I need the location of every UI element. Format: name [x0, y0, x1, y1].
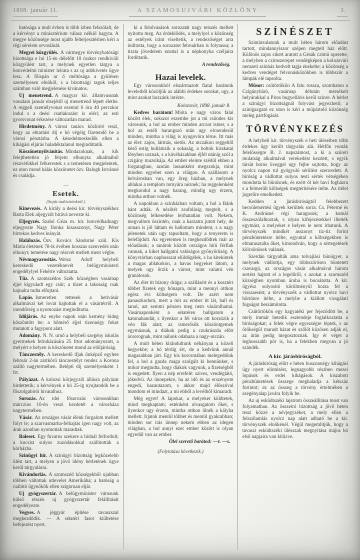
item-lead: Kivándorlás.: [19, 473, 47, 478]
column-right: SZÍNÉSZET Szintársulatunk a mult héten h…: [237, 24, 352, 550]
letter-paragraph: Még egyet! A lapokat, a melyeket küldtet…: [128, 397, 234, 439]
item-lead: Köszönetnyilvánitás.: [19, 150, 63, 155]
news-brief-list: Kinevezés.A király a deési kir. törvénys…: [13, 207, 119, 529]
item-lead: Lopás.: [19, 296, 33, 301]
item-lead: Sorozás.: [19, 397, 37, 402]
news-brief-item: Kinevezés.A király a deési kir. törvénys…: [13, 207, 119, 219]
column-middle: ki a felolvasások sorozatát nagy tetszés…: [123, 24, 238, 550]
middle-top-continuation: ki a felolvasások sorozatát nagy tetszés…: [128, 26, 234, 62]
item-text: csütörtökön A falu rossza, szombaton a C…: [242, 84, 348, 119]
news-paragraph: hatósága a mult évben is több izben fels…: [13, 26, 119, 50]
section-heading-esetek: Esetek.: [13, 190, 119, 198]
news-paragraph: Megyei közgyülés.A vármegye törvényhatós…: [13, 51, 119, 93]
section-heading-szineszet: SZÍNÉSZET: [242, 27, 348, 38]
scanned-newspaper-page: 1898. január 11. A SZAMOSUJVÁRI KÖZLÖNY …: [0, 0, 360, 560]
news-brief-item: Eljegyzés.Szabó Géza m. kir. honvédhadna…: [13, 220, 119, 238]
article-intro: Egy városunkból elszármazott fiatal bará…: [128, 84, 234, 102]
item-lead: Uj menetrend.: [19, 94, 53, 99]
issue-date: 1898. január 11.: [13, 8, 58, 17]
letter-paragraph: Az élet itt bizony drága; a szállásért é…: [128, 281, 234, 341]
item-lead: Szinügyi hir.: [19, 454, 47, 459]
item-lead: Időjárás.: [19, 315, 38, 320]
court-paragraph: Szerdán tárgyalták ama tolvajlási bünügy…: [242, 255, 348, 309]
court-paragraph: Az uj esküdtszéki lajstrom összeállitása…: [242, 399, 348, 441]
item-lead: Vásár.: [19, 416, 33, 421]
item-text: Kedden a járásbiróságtól felebbezett bec…: [242, 200, 348, 253]
court-paragraph: Csütörtökön egy hagyatéki per fejeződött…: [242, 310, 348, 352]
item-lead: Tánczestély.: [19, 353, 45, 358]
news-paragraph: Köszönetnyilvánitás.Mindazoknak, a kik f…: [13, 150, 119, 180]
item-lead: Uj gyógyszertár.: [19, 492, 57, 497]
top-article-signature: A rendezőség.: [128, 63, 231, 69]
item-lead: Hirdetmény.: [19, 125, 46, 130]
news-brief-item: Vegyes.A jéggyár épitése tavaszszal megk…: [13, 511, 119, 529]
item-text: A járásbiróság előtt e héten huszonnégy …: [242, 362, 348, 397]
item-lead: Megyei közgyülés.: [19, 51, 58, 56]
item-text: Mióta e nagy város falai között élek, so…: [128, 111, 234, 200]
news-brief-item: Baleset.Egy fuvaros szekere a hidnál fel…: [13, 435, 119, 453]
courts-body-2: A járásbiróság előtt e héten huszonnégy …: [242, 362, 348, 441]
item-lead: Kinevezés.: [19, 207, 42, 212]
news-brief-item: Pályázat.A kolozsi körjegyzői állásra pá…: [13, 378, 119, 396]
newspaper-title: A SZAMOSUJVÁRI KÖZLÖNY: [129, 8, 266, 17]
item-text: A mult héten kirándultunk néhányan a köz…: [128, 342, 234, 395]
court-paragraph: A helybeli kir. törvényszék e heti ülése…: [242, 139, 348, 199]
letter-paragraph: Kedves barátom!Mióta e nagy város falai …: [128, 111, 234, 201]
news-paragraph: Uj menetrend.A magyar kir. államvasutak …: [13, 94, 119, 124]
courts-body: A helybeli kir. törvényszék e heti ülése…: [242, 139, 348, 352]
left-top-news: hatósága a mult évben is több izben fels…: [13, 26, 119, 180]
news-brief-item: Szinügyi hir.A szinügyi bizottság legköz…: [13, 454, 119, 472]
letter-paragraph: A napokban a szinházban voltam, a hol a …: [128, 202, 234, 280]
article-dateline: Kolozsvár, 1898. január 8.: [128, 104, 231, 110]
news-brief-item: Tánczestély.A kereskedő ifjak önképző eg…: [13, 353, 119, 377]
item-text: ki a felolvasások sorozatát nagy tetszés…: [128, 26, 234, 61]
news-brief-item: Adomány.N. N. urnő a helybeli szegény is…: [13, 334, 119, 352]
item-text: Szintársulatunk a mult héten három előad…: [242, 41, 348, 82]
page-header: 1898. január 11. A SZAMOSUJVÁRI KÖZLÖNY …: [9, 7, 352, 20]
letter-body: Kedves barátom!Mióta e nagy város falai …: [128, 111, 234, 439]
courts-subheading: A kir. járásbiróságból.: [242, 354, 348, 361]
item-lead: Adomány.: [19, 334, 41, 339]
continuation-paragraph: ki a felolvasások sorozatát nagy tetszés…: [128, 26, 234, 62]
header-rule: [11, 20, 350, 21]
page-number: 3.: [337, 8, 348, 17]
news-brief-item: Névmagyarositás.Weisz Adolf helybeli ker…: [13, 258, 119, 276]
column-left: hatósága a mult évben is több izben fels…: [9, 24, 123, 550]
item-text: Még egyet! A lapokat, a melyeket küldtet…: [128, 397, 234, 438]
item-text: A napokban a szinházban voltam, a hol a …: [128, 202, 234, 279]
news-brief-item: Uj gyógyszertár.A belügyminister városun…: [13, 492, 119, 510]
item-text: hatósága a mult évben is több izben fels…: [13, 26, 119, 49]
item-text: A vármegye törvényhatósági bizottsága e …: [13, 51, 119, 92]
section-heading-torvenykezes: TÖRVÉNYKEZÉS: [242, 125, 348, 136]
item-lead: Kedves barátom!: [134, 111, 173, 116]
news-brief-item: Időjárás.Az enyhe napok után kemény hide…: [13, 315, 119, 333]
column-container: hatósága a mult évben is több izben fels…: [9, 24, 352, 550]
item-lead: Vegyes.: [19, 511, 35, 516]
item-text: Az élet itt bizony drága; a szállásért é…: [128, 281, 234, 340]
letter-paragraph: A mult héten kirándultunk néhányan a köz…: [128, 342, 234, 396]
item-lead: Tüz.: [19, 277, 29, 282]
item-lead: Névmagyarositás.: [19, 258, 57, 263]
item-text: Szerdán tárgyalták ama tolvajlási bünügy…: [242, 255, 348, 308]
court-paragraph: Kedden a járásbiróságtól felebbezett bec…: [242, 200, 348, 254]
item-lead: Pályázat.: [19, 378, 39, 383]
news-brief-item: Tüz.A szomszédos Szék községben vasárnap…: [13, 277, 119, 295]
theater-paragraph: Müsor:csütörtökön A falu rossza, szombat…: [242, 84, 348, 120]
item-lead: Müsor:: [248, 84, 264, 89]
article-heading-levelek: Hazai levelek.: [128, 73, 234, 82]
court-paragraph: A járásbiróság előtt e héten huszonnégy …: [242, 362, 348, 398]
news-brief-item: Lopás.Ismeretlen tettesek a hetivásár al…: [13, 296, 119, 314]
news-brief-item: Kivándorlás.A szomszéd községekből ujabb…: [13, 473, 119, 491]
item-text: Csütörtökön egy hagyatéki per fejeződött…: [242, 310, 348, 351]
news-brief-item: Sorozás.Az idei fősorozás városunkban má…: [13, 397, 119, 415]
item-lead: Eljegyzés.: [19, 220, 40, 225]
theater-paragraph: Szintársulatunk a mult héten három előad…: [242, 41, 348, 83]
news-paragraph: Hirdetmény.A városi tanács közhirré tesz…: [13, 125, 119, 149]
news-brief-item: Vásár.Az országos vásár élénk forgalom m…: [13, 416, 119, 434]
section-byline: (Saját tudósitónktól.): [13, 199, 119, 205]
news-brief-item: Halálozás.Özv. Kovács Sándorné szül. Kis…: [13, 239, 119, 257]
item-text: Az uj esküdtszéki lajstrom összeállitása…: [242, 399, 348, 440]
theater-body: Szintársulatunk a mult héten három előad…: [242, 41, 348, 120]
item-lead: Baleset.: [19, 435, 36, 440]
letter-signature: Ölel szerető barátod: —r. —s.: [128, 440, 231, 446]
continuation-note: (Folytatása következik.): [128, 450, 234, 456]
item-lead: Halálozás.: [19, 239, 41, 244]
item-text: A helybeli kir. törvényszék e heti ülése…: [242, 139, 348, 198]
